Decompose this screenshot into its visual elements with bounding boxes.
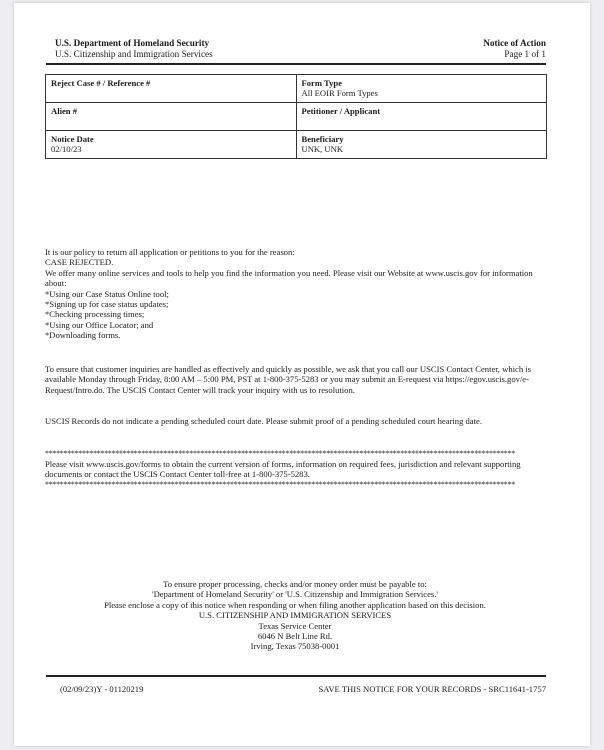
- field-label: Reject Case # / Reference #: [51, 78, 291, 88]
- footer-reference: (02/09/23)Y - 01120219: [60, 684, 143, 694]
- agency-name: U.S. Department of Homeland Security: [55, 38, 213, 49]
- page-number: Page 1 of 1: [483, 49, 546, 60]
- payment-line: Please enclose a copy of this notice whe…: [45, 600, 545, 610]
- field-label: Alien #: [51, 106, 291, 116]
- notice-header: Notice of Action Page 1 of 1: [483, 38, 546, 60]
- service-center-office: Texas Service Center: [45, 621, 545, 631]
- field-value: All EOIR Form Types: [302, 88, 542, 98]
- star-divider-top: ****************************************…: [45, 449, 545, 458]
- beneficiary-cell: Beneficiary UNK, UNK: [296, 131, 547, 159]
- notice-type: Notice of Action: [483, 38, 546, 49]
- court-paragraph: USCIS Records do not indicate a pending …: [45, 416, 545, 426]
- footer-save-notice: SAVE THIS NOTICE FOR YOUR RECORDS - SRC1…: [318, 684, 546, 694]
- sub-agency-name: U.S. Citizenship and Immigration Service…: [55, 49, 213, 60]
- forms-paragraph: Please visit www.uscis.gov/forms to obta…: [45, 459, 545, 480]
- online-services-text: We offer many online services and tools …: [45, 268, 545, 289]
- table-row: Alien # Petitioner / Applicant: [46, 103, 547, 131]
- service-center-street: 6046 N Belt Line Rd.: [45, 631, 545, 641]
- field-label: Petitioner / Applicant: [302, 106, 542, 116]
- forms-text: Please visit www.uscis.gov/forms to obta…: [45, 459, 545, 480]
- field-label: Form Type: [302, 78, 542, 88]
- reason-intro: It is our policy to return all applicati…: [45, 247, 545, 257]
- payment-instructions: To ensure proper processing, checks and/…: [45, 579, 545, 652]
- reason-section: It is our policy to return all applicati…: [45, 247, 545, 341]
- services-list-item: *Using our Office Locator; and: [45, 320, 545, 330]
- court-text: USCIS Records do not indicate a pending …: [45, 416, 545, 426]
- reason-text: CASE REJECTED.: [45, 257, 545, 267]
- field-label: Notice Date: [51, 134, 291, 144]
- agency-header: U.S. Department of Homeland Security U.S…: [55, 38, 213, 60]
- footer-divider: [46, 675, 546, 677]
- services-list-item: *Checking processing times;: [45, 309, 545, 319]
- table-row: Notice Date 02/10/23 Beneficiary UNK, UN…: [46, 131, 547, 159]
- payment-line: 'Department of Homeland Security' or 'U.…: [45, 589, 545, 599]
- case-info-table: Reject Case # / Reference # Form Type Al…: [45, 74, 547, 159]
- contact-paragraph: To ensure that customer inquiries are ha…: [45, 364, 545, 395]
- petitioner-cell: Petitioner / Applicant: [296, 103, 547, 131]
- contact-text: To ensure that customer inquiries are ha…: [45, 364, 545, 395]
- field-value: 02/10/23: [51, 144, 291, 154]
- services-list-item: *Using our Case Status Online tool;: [45, 289, 545, 299]
- table-row: Reject Case # / Reference # Form Type Al…: [46, 75, 547, 103]
- notice-date-cell: Notice Date 02/10/23: [46, 131, 297, 159]
- service-center-city: Irving, Texas 75038-0001: [45, 641, 545, 651]
- field-label: Beneficiary: [302, 134, 542, 144]
- header-divider: [46, 63, 546, 65]
- services-list-item: *Downloading forms.: [45, 330, 545, 340]
- star-divider-bottom: ****************************************…: [45, 480, 545, 489]
- reject-case-cell: Reject Case # / Reference #: [46, 75, 297, 103]
- form-type-cell: Form Type All EOIR Form Types: [296, 75, 547, 103]
- service-center-name: U.S. CITIZENSHIP AND IMMIGRATION SERVICE…: [45, 610, 545, 620]
- field-value: UNK, UNK: [302, 144, 542, 154]
- alien-number-cell: Alien #: [46, 103, 297, 131]
- services-list-item: *Signing up for case status updates;: [45, 299, 545, 309]
- payment-line: To ensure proper processing, checks and/…: [45, 579, 545, 589]
